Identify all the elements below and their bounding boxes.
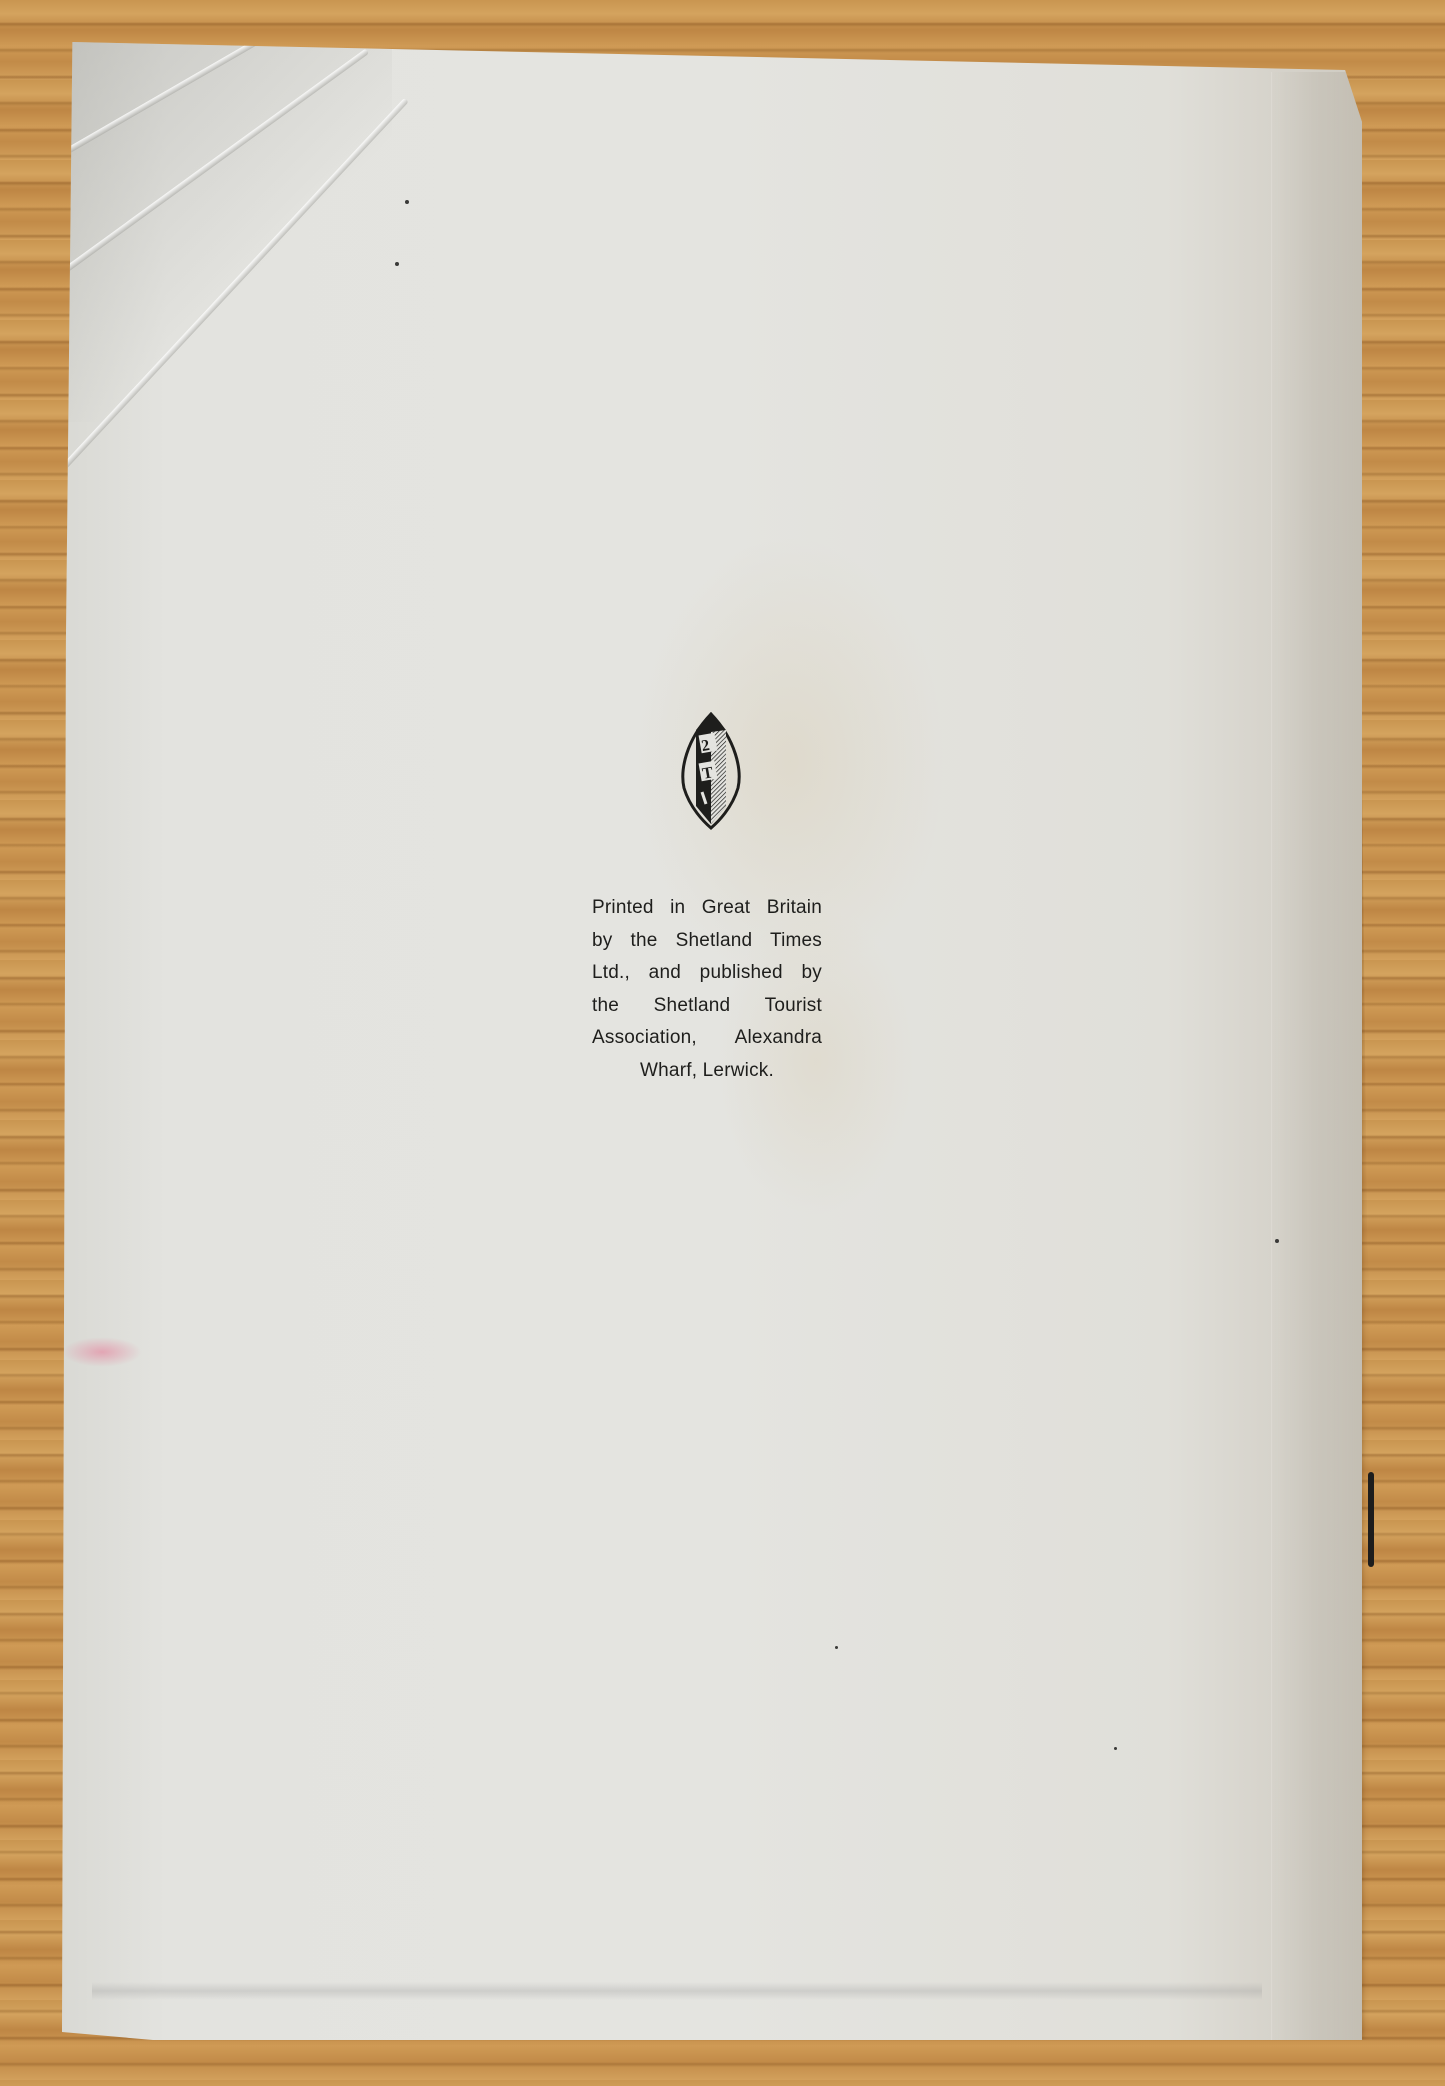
colophon-line: the Shetland Tourist [592,990,822,1023]
colophon-line: Wharf, Lerwick. [592,1055,822,1088]
colophon-line: Ltd., and published by [592,957,822,990]
speck [835,1646,838,1649]
printer-monogram-icon: 2 T [676,710,746,830]
colophon-line: Association, Alexandra [592,1022,822,1055]
bottom-smudge [92,1982,1262,2000]
speck [1114,1747,1117,1750]
speck [1275,1239,1279,1243]
spine-fold [1271,72,1362,2040]
staple [1368,1472,1374,1567]
colophon-line: by the Shetland Times [592,925,822,958]
booklet-back-cover: 2 T Printed in Great Britain by the Shet… [62,42,1362,2040]
colophon-text: Printed in Great Britain by the Shetland… [592,892,822,1087]
colophon-line: Printed in Great Britain [592,892,822,925]
speck [395,262,399,266]
speck [405,200,409,204]
pink-stain [62,1337,142,1367]
